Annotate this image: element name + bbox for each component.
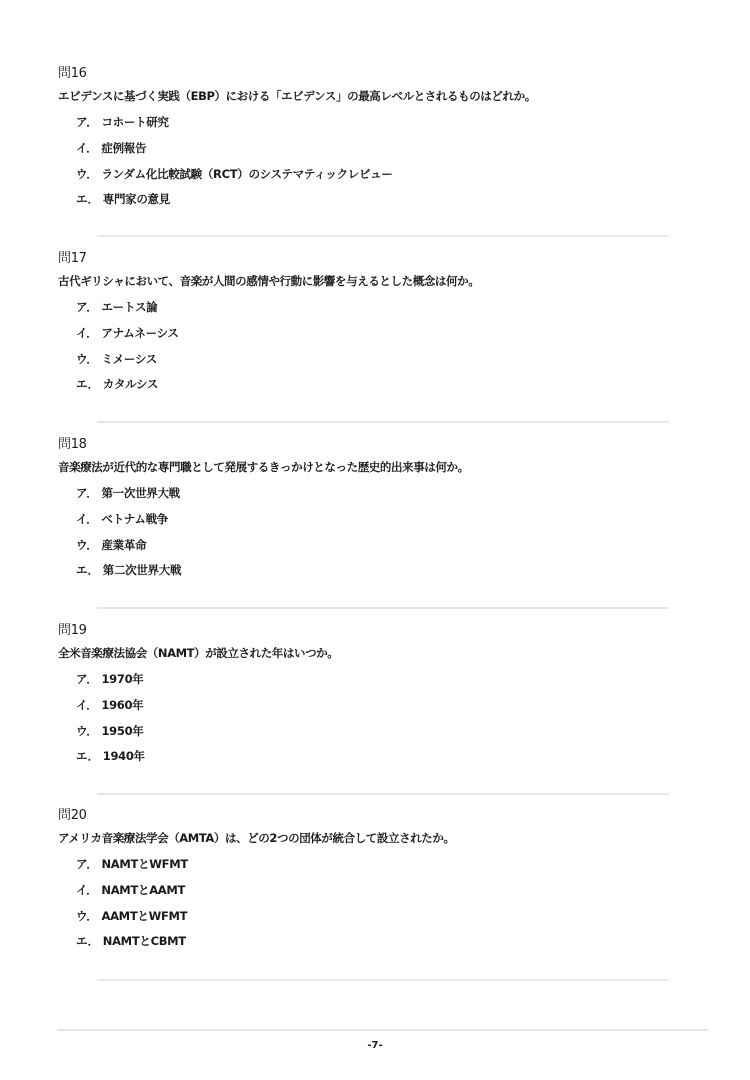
answer-options: ア．NAMTとWFMT イ．NAMTとAAMT ウ．AAMTとWFMT エ．NA… <box>76 856 678 949</box>
question-number: 問19 <box>58 623 678 639</box>
option-e: エ．第二次世界大戦 <box>76 562 678 578</box>
option-u: ウ．AAMTとWFMT <box>76 908 678 924</box>
option-label: イ． <box>76 325 97 341</box>
page-number: -7- <box>0 1040 750 1051</box>
option-text: コホート研究 <box>101 115 168 129</box>
option-e: エ．NAMTとCBMT <box>76 933 678 949</box>
option-text: NAMTとAAMT <box>101 883 185 897</box>
answer-options: ア．エートス論 イ．アナムネーシス ウ．ミメーシス エ．カタルシス <box>76 299 678 392</box>
option-a: ア．NAMTとWFMT <box>76 856 678 872</box>
option-label: ウ． <box>76 166 97 182</box>
option-label: イ． <box>76 511 97 527</box>
option-text: 第二次世界大戦 <box>103 563 181 577</box>
question-number: 問17 <box>58 251 678 267</box>
option-e: エ．専門家の意見 <box>76 191 678 207</box>
option-text: エートス論 <box>101 300 157 314</box>
option-text: 第一次世界大戦 <box>101 486 179 500</box>
option-text: 症例報告 <box>101 141 146 155</box>
option-label: ア． <box>76 299 97 315</box>
option-text: 1960年 <box>101 698 143 712</box>
option-e: エ．カタルシス <box>76 376 678 392</box>
question-number: 問20 <box>58 808 678 824</box>
option-label: イ． <box>76 882 97 898</box>
option-text: 産業革命 <box>101 538 146 552</box>
option-label: ウ． <box>76 537 97 553</box>
option-label: エ． <box>76 748 99 764</box>
answer-options: ア．コホート研究 イ．症例報告 ウ．ランダム化比較試験（RCT）のシステマティッ… <box>76 114 678 207</box>
option-text: 1970年 <box>101 672 143 686</box>
option-label: エ． <box>76 562 99 578</box>
option-label: ウ． <box>76 908 97 924</box>
question-16: 問16 エビデンスに基づく実践（EBP）における「エビデンス」の最高レベルとされ… <box>58 66 678 217</box>
footer-divider <box>57 1029 708 1031</box>
option-text: アナムネーシス <box>101 326 178 340</box>
question-text: 音楽療法が近代的な専門職として発展するきっかけとなった歴史的出来事は何か。 <box>58 459 678 475</box>
option-a: ア．1970年 <box>76 671 678 687</box>
question-divider <box>97 793 669 795</box>
option-label: ア． <box>76 856 97 872</box>
option-a: ア．エートス論 <box>76 299 678 315</box>
option-label: ア． <box>76 671 97 687</box>
question-divider <box>97 979 669 981</box>
question-number: 問16 <box>58 66 678 82</box>
option-label: エ． <box>76 376 99 392</box>
question-number: 問18 <box>58 437 678 453</box>
option-u: ウ．1950年 <box>76 723 678 739</box>
question-text: エビデンスに基づく実践（EBP）における「エビデンス」の最高レベルとされるものは… <box>58 88 678 104</box>
option-i: イ．NAMTとAAMT <box>76 882 678 898</box>
option-label: ウ． <box>76 351 97 367</box>
option-text: AAMTとWFMT <box>101 909 187 923</box>
option-i: イ．ベトナム戦争 <box>76 511 678 527</box>
question-text: アメリカ音楽療法学会（AMTA）は、どの2つの団体が統合して設立されたか。 <box>58 830 678 846</box>
option-a: ア．コホート研究 <box>76 114 678 130</box>
option-i: イ．アナムネーシス <box>76 325 678 341</box>
option-label: ア． <box>76 485 97 501</box>
option-label: イ． <box>76 697 97 713</box>
option-label: イ． <box>76 140 97 156</box>
option-a: ア．第一次世界大戦 <box>76 485 678 501</box>
question-divider <box>97 421 669 423</box>
option-i: イ．症例報告 <box>76 140 678 156</box>
option-label: ウ． <box>76 723 97 739</box>
option-u: ウ．ランダム化比較試験（RCT）のシステマティックレビュー <box>76 166 678 182</box>
option-u: ウ．ミメーシス <box>76 351 678 367</box>
question-text: 古代ギリシャにおいて、音楽が人間の感情や行動に影響を与えるとした概念は何か。 <box>58 273 678 289</box>
option-u: ウ．産業革命 <box>76 537 678 553</box>
question-17: 問17 古代ギリシャにおいて、音楽が人間の感情や行動に影響を与えるとした概念は何… <box>58 251 678 402</box>
document-page: 問16 エビデンスに基づく実践（EBP）における「エビデンス」の最高レベルとされ… <box>0 0 750 1080</box>
option-text: ベトナム戦争 <box>101 512 168 526</box>
option-i: イ．1960年 <box>76 697 678 713</box>
answer-options: ア．1970年 イ．1960年 ウ．1950年 エ．1940年 <box>76 671 678 764</box>
question-divider <box>97 235 669 237</box>
option-label: エ． <box>76 933 99 949</box>
option-text: 1940年 <box>103 749 145 763</box>
question-19: 問19 全米音楽療法協会（NAMT）が設立された年はいつか。 ア．1970年 イ… <box>58 623 678 774</box>
question-text: 全米音楽療法協会（NAMT）が設立された年はいつか。 <box>58 645 678 661</box>
option-text: 専門家の意見 <box>103 192 170 206</box>
option-text: NAMTとWFMT <box>101 857 187 871</box>
option-text: ランダム化比較試験（RCT）のシステマティックレビュー <box>101 167 392 181</box>
option-label: エ． <box>76 191 99 207</box>
option-text: カタルシス <box>103 377 158 391</box>
option-text: ミメーシス <box>101 352 156 366</box>
question-divider <box>97 607 669 609</box>
option-e: エ．1940年 <box>76 748 678 764</box>
question-18: 問18 音楽療法が近代的な専門職として発展するきっかけとなった歴史的出来事は何か… <box>58 437 678 588</box>
option-text: 1950年 <box>101 724 143 738</box>
question-20: 問20 アメリカ音楽療法学会（AMTA）は、どの2つの団体が統合して設立されたか… <box>58 808 678 959</box>
option-label: ア． <box>76 114 97 130</box>
answer-options: ア．第一次世界大戦 イ．ベトナム戦争 ウ．産業革命 エ．第二次世界大戦 <box>76 485 678 578</box>
option-text: NAMTとCBMT <box>103 934 186 948</box>
